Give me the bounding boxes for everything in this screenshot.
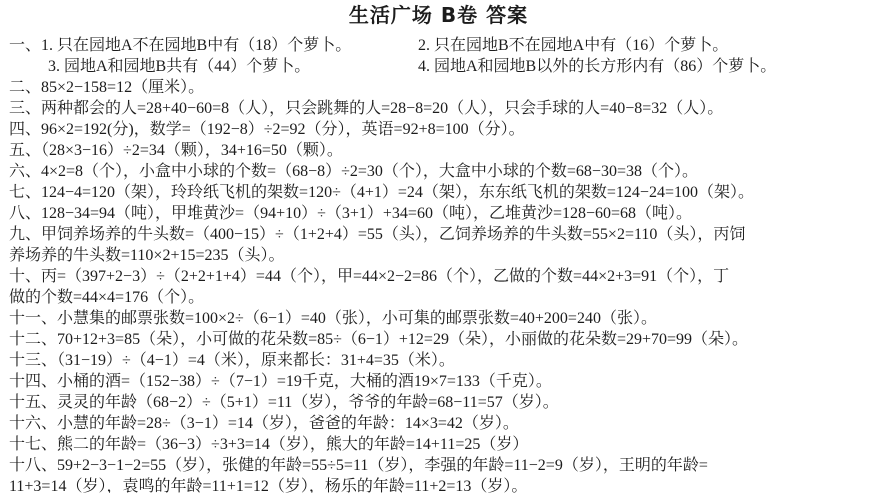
answer-item-11: 十一、小慧集的邮票张数=100×2÷（6−1）=40（张），小可集的邮票张数=4… [9, 308, 868, 329]
answer-item-16: 十六、小慧的年龄=28÷（3−1）=14（岁），爸爸的年龄：14×3=42（岁）… [9, 413, 868, 434]
answer-item-15: 十五、灵灵的年龄（68−2）÷（5+1）=11（岁），爷爷的年龄=68−11=5… [9, 392, 868, 413]
answer-item-4: 四、96×2=192(分)，数学=（192−8）÷2=92（分），英语=92+8… [9, 119, 868, 140]
answer-item-5: 五、（28×3−16）÷2=34（颗），34+16=50（颗）。 [9, 140, 868, 161]
answer-item-17: 十七、熊二的年龄=（36−3）÷3+3=14（岁），熊大的年龄=14+11=25… [9, 434, 868, 455]
answer-item-7: 七、124−4=120（架），玲玲纸飞机的架数=120÷（4+1）=24（架），… [9, 182, 868, 203]
answer-item-13: 十三、（31−19）÷（4−1）=4（米），原来都长：31+4=35（米）。 [9, 350, 868, 371]
page-title: 生活广场 B卷 答案 [9, 2, 868, 28]
answer-item-1-4: 4. 园地A和园地B以外的长方形内有（86）个萝卜。 [418, 56, 776, 77]
answer-item-18: 十八、59+2−3−1−2=55（岁），张健的年龄=55÷5=11（岁），李强的… [9, 455, 868, 493]
answer-item-2: 二、85×2−158=12（厘米）。 [9, 77, 868, 98]
answer-item-3: 三、两种都会的人=28+40−60=8（人），只会跳舞的人=28−8=20（人）… [9, 98, 868, 119]
answer-item-1-3: 3. 园地A和园地B共有（44）个萝卜。 [9, 56, 310, 77]
answer-item-12: 十二、70+12+3=85（朵），小可做的花朵数=85÷（6−1）+12=29（… [9, 329, 868, 350]
answer-item-14: 十四、小桶的酒=（152−38）÷（7−1）=19千克，大桶的酒19×7=133… [9, 371, 868, 392]
answer-item-1-1: 一、1. 只在园地A不在园地B中有（18）个萝卜。 [9, 35, 351, 56]
answer-item-6: 六、4×2=8（个），小盒中小球的个数=（68−8）÷2=30（个），大盒中小球… [9, 161, 868, 182]
answer-item-9: 九、甲饲养场养的牛头数=（400−15）÷（1+2+4）=55（头），乙饲养场养… [9, 224, 868, 266]
answer-item-10: 十、丙=（397+2−3）÷（2+2+1+4）=44（个），甲=44×2−2=8… [9, 266, 868, 308]
answer-sheet-document: 生活广场 B卷 答案 一、1. 只在园地A不在园地B中有（18）个萝卜。 2. … [0, 0, 877, 493]
section-one-row-2: 3. 园地A和园地B共有（44）个萝卜。 4. 园地A和园地B以外的长方形内有（… [9, 56, 868, 77]
answer-item-8: 八、128−34=94（吨），甲堆黄沙=（94+10）÷（3+1）+34=60（… [9, 203, 868, 224]
section-one-row-1: 一、1. 只在园地A不在园地B中有（18）个萝卜。 2. 只在园地B不在园地A中… [9, 35, 868, 56]
answer-item-1-2: 2. 只在园地B不在园地A中有（16）个萝卜。 [418, 35, 728, 56]
